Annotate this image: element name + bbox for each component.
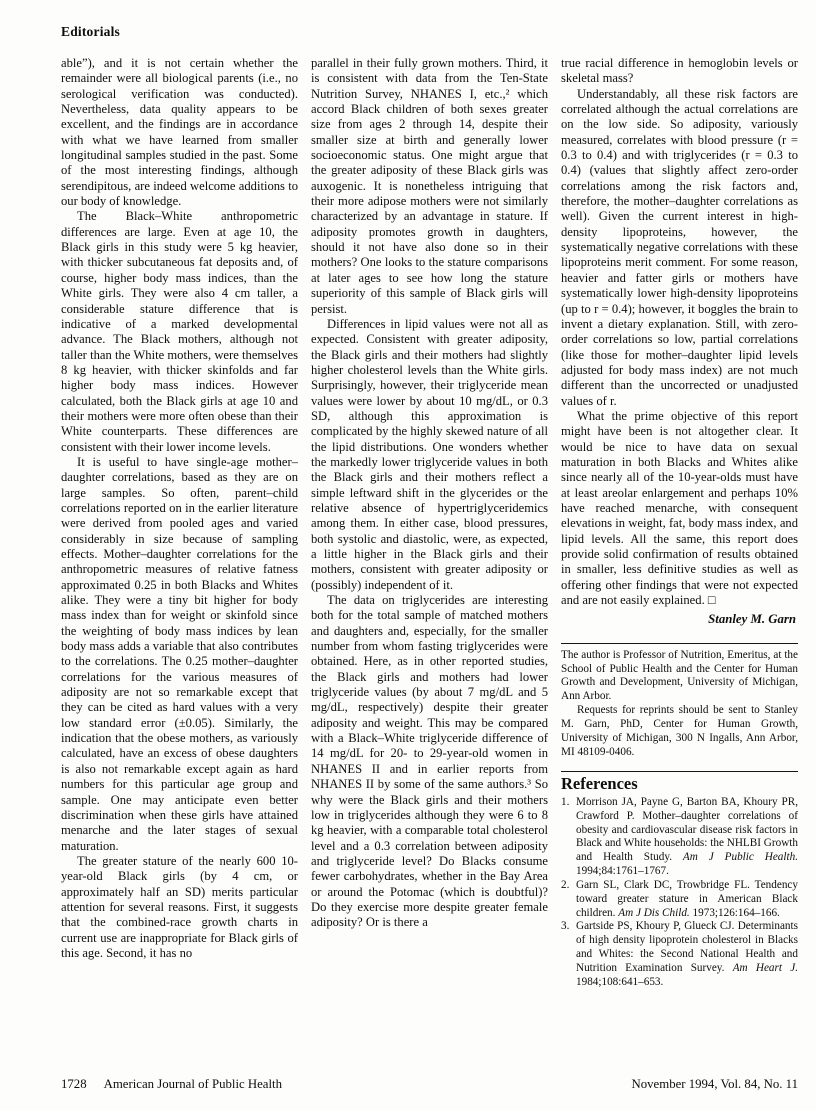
- article-paragraph: It is useful to have single-age mother–d…: [61, 455, 298, 854]
- page-footer: 1728American Journal of Public Health No…: [61, 1077, 798, 1092]
- reference-citation-tail: 1984;108:641–653.: [576, 976, 663, 988]
- issue-info: November 1994, Vol. 84, No. 11: [632, 1077, 798, 1092]
- reference-number: 2.: [561, 879, 576, 921]
- reference-journal-name: Am J Public Health.: [683, 851, 798, 863]
- section-label: Editorials: [61, 24, 120, 40]
- column-2: parallel in their fully grown mothers. T…: [311, 56, 548, 1012]
- journal-page: Editorials able”), and it is not certain…: [0, 0, 816, 1111]
- reference-item: 1. Morrison JA, Payne G, Barton BA, Khou…: [561, 796, 798, 879]
- reference-text: Gartside PS, Khoury P, Glueck CJ. Determ…: [576, 920, 798, 989]
- reference-text: Garn SL, Clark DC, Trowbridge FL. Tenden…: [576, 879, 798, 921]
- reference-journal-name: Am Heart J.: [733, 962, 798, 974]
- article-paragraph-with-end-mark: What the prime objective of this report …: [561, 409, 798, 608]
- reference-citation-tail: 1994;84:1761–1767.: [576, 865, 669, 877]
- article-paragraph: true racial difference in hemoglobin lev…: [561, 56, 798, 87]
- author-signature: Stanley M. Garn: [561, 612, 798, 627]
- column-1: able”), and it is not certain whether th…: [61, 56, 298, 1012]
- reference-journal-name: Am J Dis Child.: [618, 907, 689, 919]
- reference-citation-tail: 1973;126:164–166.: [690, 907, 780, 919]
- references-section: References 1. Morrison JA, Payne G, Bart…: [561, 771, 798, 989]
- article-paragraph: Differences in lipid values were not all…: [311, 317, 548, 593]
- article-paragraph: able”), and it is not certain whether th…: [61, 56, 298, 209]
- reference-item: 2. Garn SL, Clark DC, Trowbridge FL. Ten…: [561, 879, 798, 921]
- article-paragraph: parallel in their fully grown mothers. T…: [311, 56, 548, 317]
- reference-number: 1.: [561, 796, 576, 879]
- journal-name: American Journal of Public Health: [104, 1077, 282, 1091]
- footer-left: 1728American Journal of Public Health: [61, 1077, 282, 1092]
- article-body: able”), and it is not certain whether th…: [61, 56, 798, 1012]
- reference-item: 3. Gartside PS, Khoury P, Glueck CJ. Det…: [561, 920, 798, 989]
- author-affiliation: The author is Professor of Nutrition, Em…: [561, 649, 798, 704]
- author-note: The author is Professor of Nutrition, Em…: [561, 643, 798, 760]
- article-paragraph: Understandably, all these risk factors a…: [561, 87, 798, 409]
- article-paragraph: The Black–White anthropometric differenc…: [61, 209, 298, 455]
- article-paragraph: The greater stature of the nearly 600 10…: [61, 854, 298, 961]
- references-heading: References: [561, 776, 798, 791]
- reprint-request-note: Requests for reprints should be sent to …: [561, 704, 798, 759]
- article-paragraph: The data on triglycerides are interestin…: [311, 593, 548, 931]
- column-3: true racial difference in hemoglobin lev…: [561, 56, 798, 1012]
- reference-number: 3.: [561, 920, 576, 989]
- page-number: 1728: [61, 1077, 87, 1091]
- reference-text: Morrison JA, Payne G, Barton BA, Khoury …: [576, 796, 798, 879]
